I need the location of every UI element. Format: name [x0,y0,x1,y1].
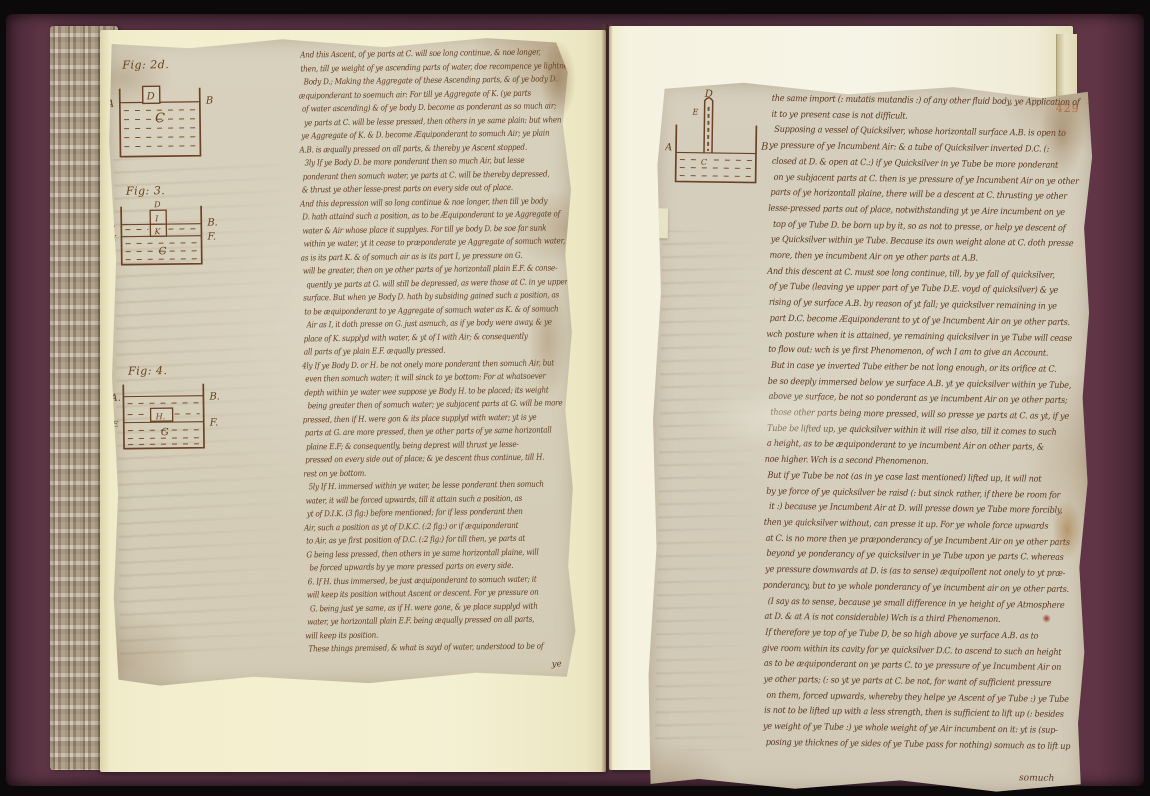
tube-label-c: C [701,158,707,167]
left-catchword: ye [552,659,562,669]
figure-2-label-c: C [155,111,165,126]
gutter-shadow [601,24,613,772]
right-catchword: somuch [1019,773,1054,783]
figure-4-label-b: B. [208,391,220,402]
figure-2-diagram: D C A B [107,77,228,166]
manuscript-line: posing ye thicknes of ye sides of ye Tub… [766,736,1061,756]
tube-label-e: E [691,108,698,117]
figure-3-diagram: D I K G A E B. F. [108,197,229,272]
figure-2-caption: Fig: 2d. [122,58,169,72]
figure-4-caption: Fig: 4. [128,364,168,377]
figure-3-label-f: F. [206,232,216,243]
right-page-text: the same import (: mutatis mutandis :) o… [763,92,1092,756]
figure-3-label-d: D [153,200,161,209]
manuscript-line: These things premised, & what is sayd of… [308,640,541,656]
figure-3-caption: Fig: 3. [126,184,166,197]
figure-3-label-g: G [159,246,167,257]
ink-bleed-through [655,230,762,751]
figure-4-label-f: F. [209,418,219,429]
figure-4-label-g: G [161,427,169,438]
figure-4-diagram: H. G A. E B. F. [110,377,231,454]
left-page-text: And this Ascent, of ye parts at C. will … [300,45,573,656]
figure-3-label-k: K [153,227,161,236]
figure-4-label-h: H. [155,412,166,421]
figure-2-label-b: B [205,96,213,107]
figure-3-label-b: B. [206,218,218,229]
right-manuscript-page: 429 D E C A B. the same import (: mutati… [646,80,1094,794]
tube-label-d: D [704,89,713,100]
vessel-label-a: A [664,142,672,153]
figure-2-label-d: D [146,91,155,102]
left-manuscript-page: Fig: 2d. D C A B Fig: 3. D I K G A E B. … [106,33,578,689]
